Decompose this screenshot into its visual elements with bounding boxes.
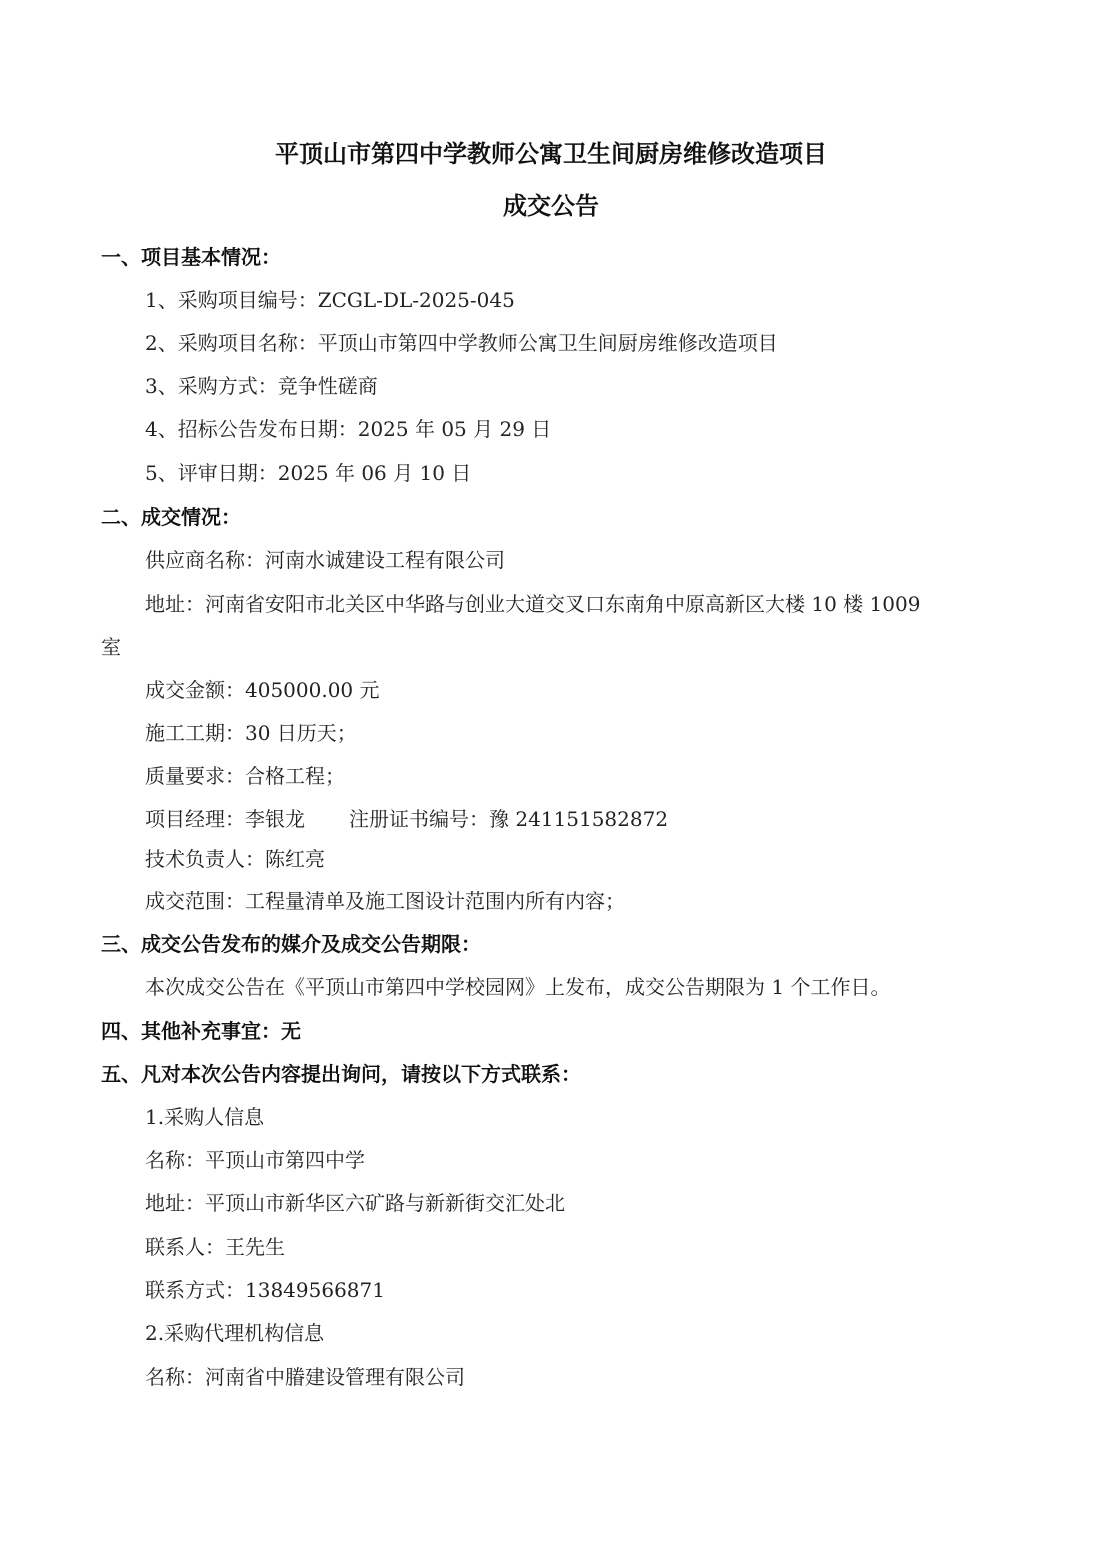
project-manager: 项目经理：李银龙 [145, 807, 305, 831]
technical-lead: 技术负责人：陈红亮 [145, 845, 325, 873]
quality-requirement: 质量要求：合格工程； [145, 762, 345, 790]
section-1-heading: 一、项目基本情况： [101, 243, 281, 271]
construction-period: 施工工期：30 日历天； [145, 719, 357, 747]
publication-media-text: 本次成交公告在《平顶山市第四中学校园网》上发布，成交公告期限为 1 个工作日。 [145, 973, 890, 1001]
agency-name: 名称：河南省中膡建设管理有限公司 [145, 1363, 465, 1391]
supplier-name: 供应商名称：河南水诚建设工程有限公司 [145, 546, 505, 574]
agency-info-title: 2.采购代理机构信息 [145, 1319, 324, 1347]
purchaser-name: 名称：平顶山市第四中学 [145, 1146, 365, 1174]
deal-scope: 成交范围：工程量清单及施工图设计范围内所有内容； [145, 887, 625, 915]
supplier-address-continued: 室 [101, 633, 121, 661]
document-title: 平顶山市第四中学教师公寓卫生间厨房维修改造项目 [0, 134, 1102, 169]
project-number: 1、采购项目编号：ZCGL-DL-2025-045 [145, 286, 515, 314]
section-5-heading: 五、凡对本次公告内容提出询问，请按以下方式联系： [101, 1060, 581, 1088]
review-date: 5、评审日期：2025 年 06 月 10 日 [145, 459, 471, 487]
project-name: 2、采购项目名称：平顶山市第四中学教师公寓卫生间厨房维修改造项目 [145, 329, 778, 357]
manager-row: 项目经理：李银龙注册证书编号：豫 241151582872 [145, 805, 668, 833]
section-2-heading: 二、成交情况： [101, 503, 241, 531]
procurement-method: 3、采购方式：竞争性磋商 [145, 372, 378, 400]
deal-amount: 成交金额：405000.00 元 [145, 676, 380, 704]
purchaser-contact: 联系人：王先生 [145, 1233, 285, 1261]
purchaser-address: 地址：平顶山市新华区六矿路与新新街交汇处北 [145, 1189, 565, 1217]
document-subtitle: 成交公告 [0, 186, 1102, 221]
certificate-number: 注册证书编号：豫 241151582872 [349, 807, 668, 831]
purchaser-phone: 联系方式：13849566871 [145, 1276, 385, 1304]
document-page: 平顶山市第四中学教师公寓卫生间厨房维修改造项目 成交公告 一、项目基本情况： 1… [0, 0, 1102, 1559]
section-4-heading: 四、其他补充事宜：无 [101, 1017, 301, 1045]
section-3-heading: 三、成交公告发布的媒介及成交公告期限： [101, 930, 481, 958]
tender-publish-date: 4、招标公告发布日期：2025 年 05 月 29 日 [145, 415, 551, 443]
purchaser-info-title: 1.采购人信息 [145, 1103, 264, 1131]
supplier-address: 地址：河南省安阳市北关区中华路与创业大道交叉口东南角中原高新区大楼 10 楼 1… [145, 590, 920, 618]
